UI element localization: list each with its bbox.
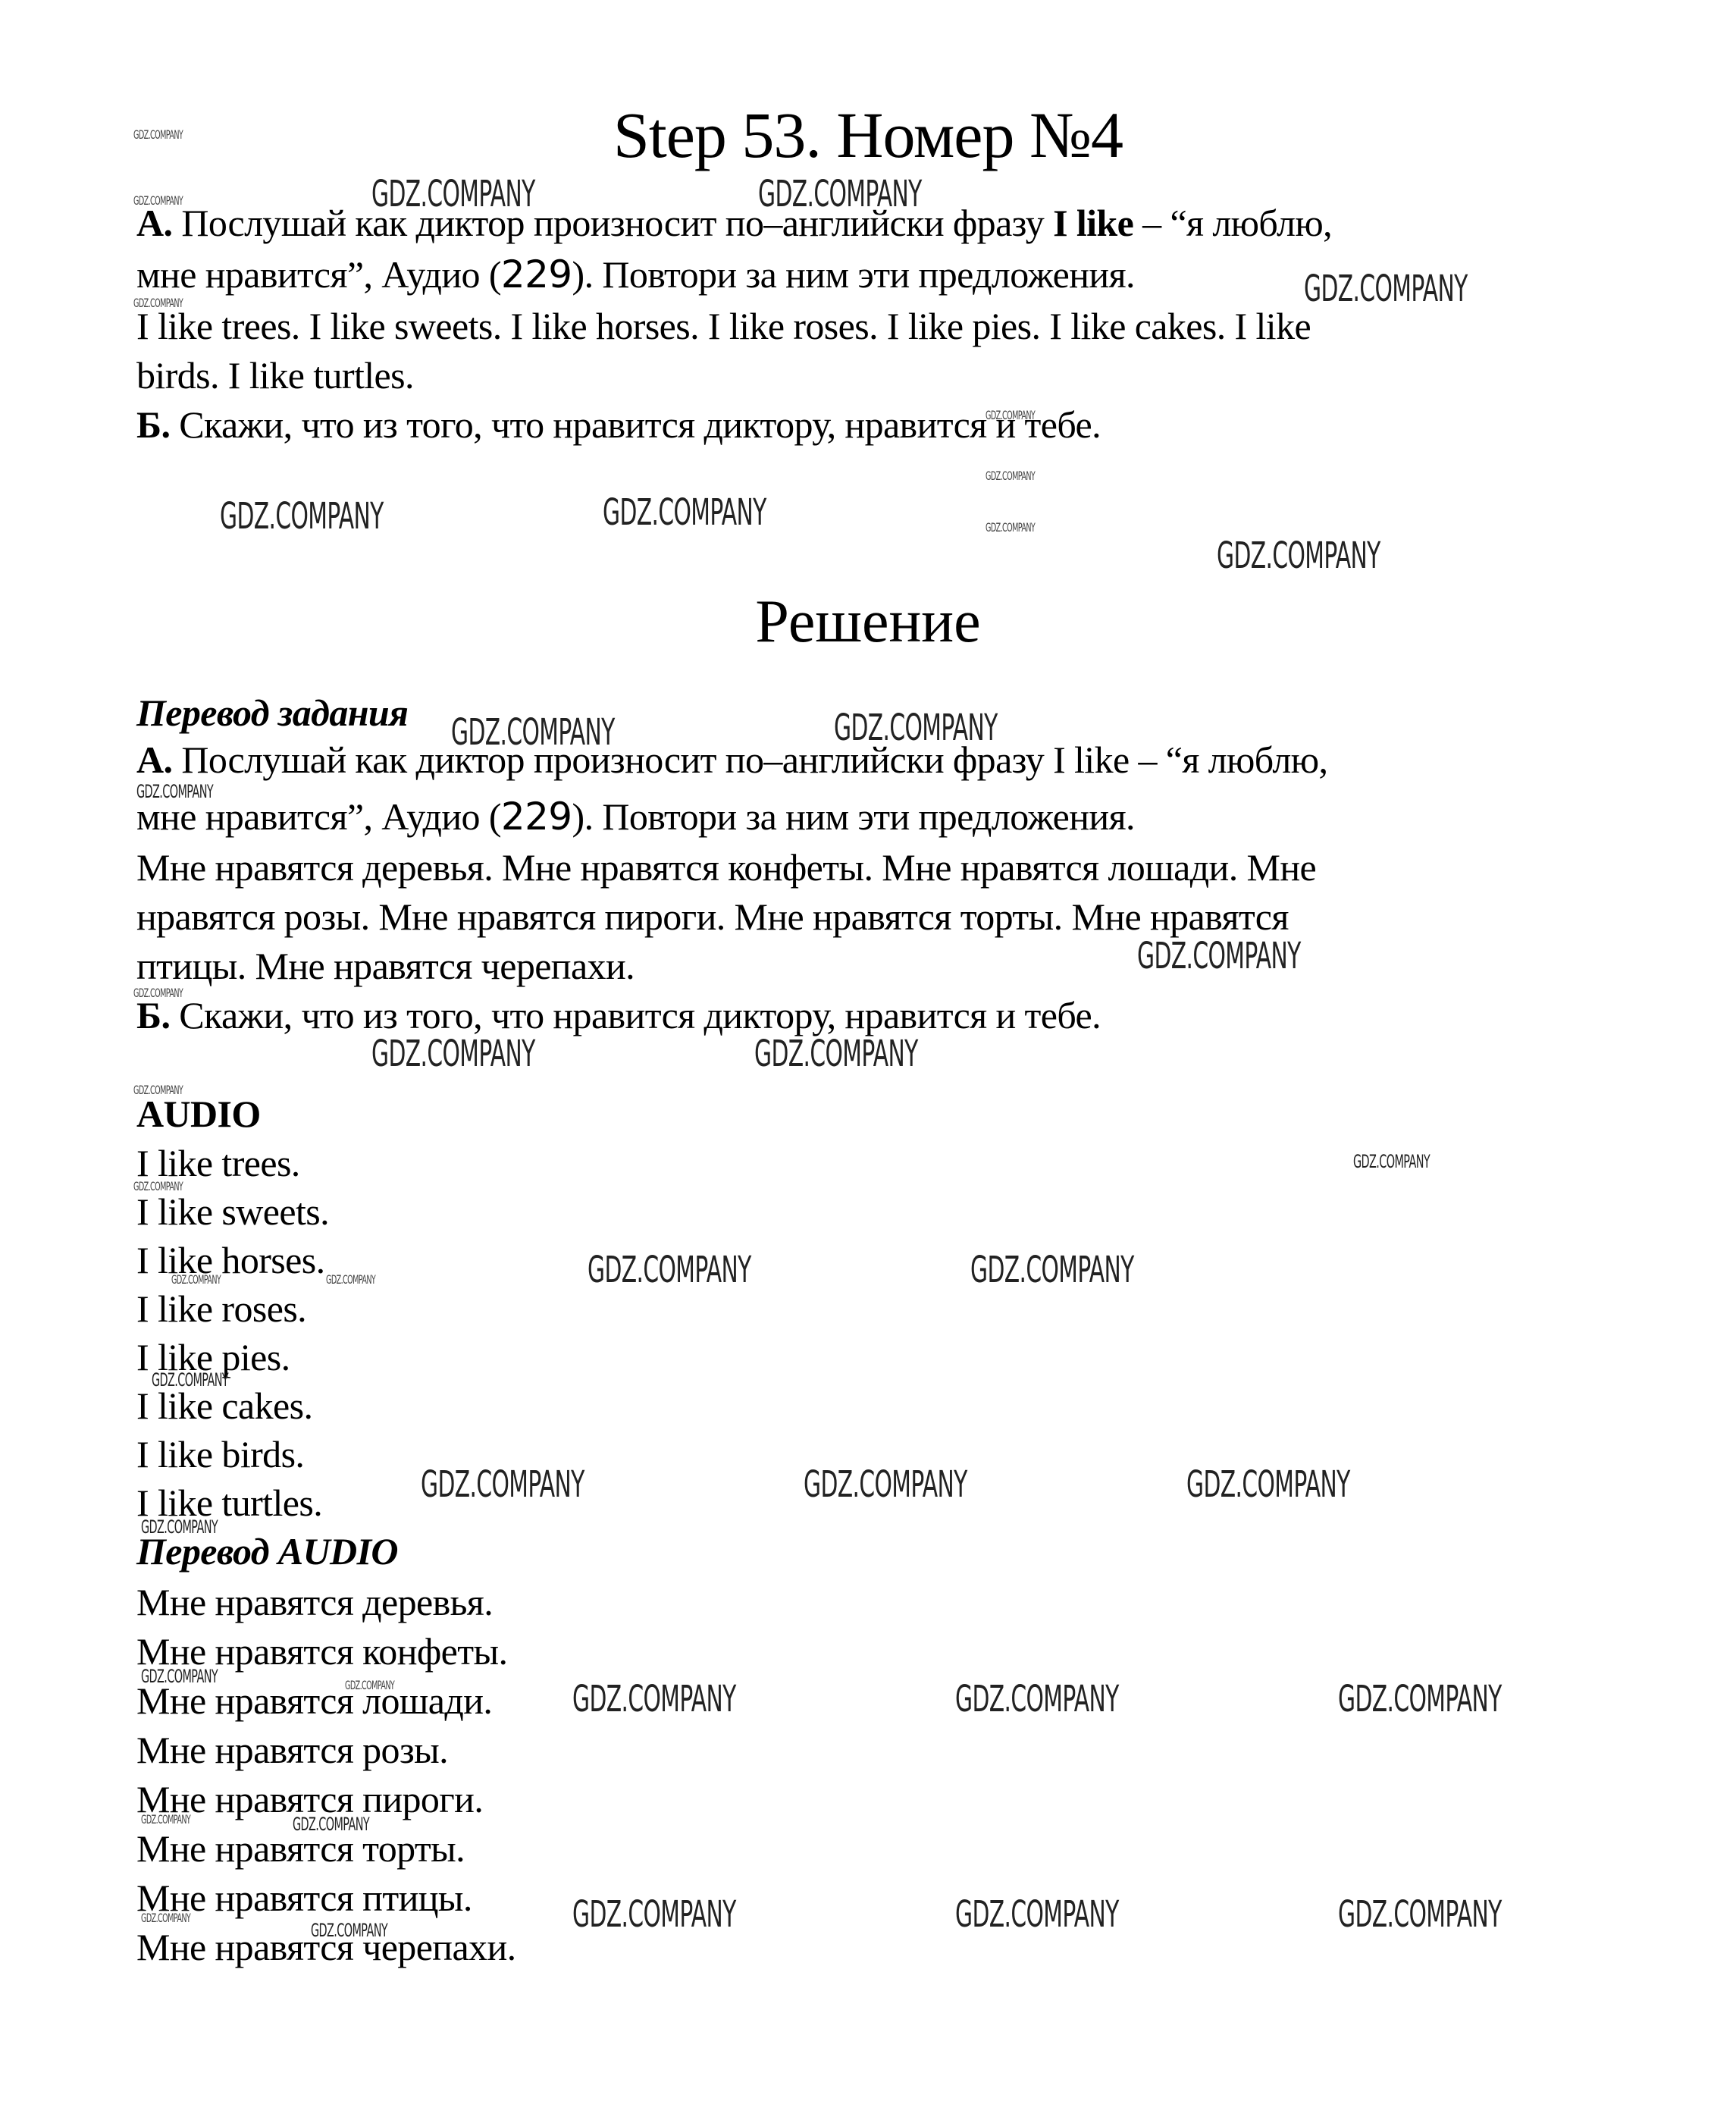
audio-line: I like horses. — [136, 1236, 325, 1284]
watermark: GDZ.COMPANY — [1186, 1463, 1350, 1506]
watermark: GDZ.COMPANY — [133, 127, 183, 142]
watermark: GDZ.COMPANY — [758, 173, 922, 215]
solution-b-text: Скажи, что из того, что нравится диктору… — [179, 994, 1101, 1036]
watermark: GDZ.COMPANY — [1338, 1893, 1502, 1936]
watermark: GDZ.COMPANY — [1217, 535, 1380, 577]
watermark: GDZ.COMPANY — [572, 1893, 736, 1936]
watermark: GDZ.COMPANY — [451, 711, 615, 754]
watermark: GDZ.COMPANY — [133, 1083, 183, 1097]
watermark: GDZ.COMPANY — [421, 1463, 584, 1506]
watermark: GDZ.COMPANY — [345, 1678, 394, 1692]
watermark: GDZ.COMPANY — [141, 1516, 218, 1538]
task-b-label: Б. — [136, 403, 170, 446]
watermark: GDZ.COMPANY — [133, 296, 183, 310]
task-b-text: Скажи, что из того, что нравится диктору… — [179, 403, 1101, 446]
task-sentences-line2: birds. I like turtles. — [136, 351, 414, 400]
watermark: GDZ.COMPANY — [1338, 1678, 1502, 1720]
task-a-line1: А. Послушай как диктор произносит по–анг… — [136, 199, 1332, 247]
audio-line: I like sweets. — [136, 1187, 329, 1236]
watermark: GDZ.COMPANY — [1137, 935, 1301, 977]
solution-a-text: Послушай как диктор произносит по–англий… — [181, 738, 1327, 781]
watermark: GDZ.COMPANY — [754, 1033, 918, 1075]
solution-b-line: Б. Скажи, что из того, что нравится дикт… — [136, 991, 1101, 1039]
watermark: GDZ.COMPANY — [970, 1249, 1134, 1291]
watermark: GDZ.COMPANY — [371, 1033, 535, 1075]
watermark: GDZ.COMPANY — [955, 1678, 1119, 1720]
watermark: GDZ.COMPANY — [986, 469, 1035, 483]
watermark: GDZ.COMPANY — [133, 1179, 183, 1193]
solution-audio-number: 229 — [501, 795, 572, 839]
watermark: GDZ.COMPANY — [171, 1272, 221, 1287]
audio-number: 229 — [501, 252, 572, 296]
translation-line1: Мне нравятся деревья. Мне нравятся конфе… — [136, 843, 1316, 892]
watermark: GDZ.COMPANY — [986, 520, 1035, 535]
translation-line2: нравятся розы. Мне нравятся пироги. Мне … — [136, 892, 1289, 941]
solution-a-label: А. — [136, 738, 172, 781]
watermark: GDZ.COMPANY — [141, 1812, 190, 1827]
document-page: Step 53. Номер №4 А. Послушай как диктор… — [0, 0, 1736, 2126]
audio-line: I like roses. — [136, 1284, 306, 1333]
task-a-label: А. — [136, 202, 172, 244]
watermark: GDZ.COMPANY — [220, 495, 384, 538]
watermark: GDZ.COMPANY — [834, 707, 998, 749]
audio-translation-line: Мне нравятся розы. — [136, 1726, 448, 1774]
watermark: GDZ.COMPANY — [152, 1369, 228, 1391]
watermark: GDZ.COMPANY — [588, 1249, 751, 1291]
task-a-line2: мне нравится”, Аудио (229). Повтори за н… — [136, 250, 1135, 299]
watermark: GDZ.COMPANY — [141, 1911, 190, 1925]
task-sentences-line1: I like trees. I like sweets. I like hors… — [136, 302, 1311, 350]
task-a-line2-post: ). Повтори за ним эти предложения. — [572, 253, 1135, 296]
watermark: GDZ.COMPANY — [572, 1678, 736, 1720]
audio-translation-line: Мне нравятся деревья. — [136, 1578, 493, 1626]
watermark: GDZ.COMPANY — [986, 408, 1035, 422]
audio-line: I like birds. — [136, 1430, 304, 1478]
task-a-line2-pre: мне нравится”, Аудио ( — [136, 253, 501, 296]
watermark: GDZ.COMPANY — [1353, 1151, 1430, 1172]
solution-a-line1: А. Послушай как диктор произносит по–анг… — [136, 735, 1327, 784]
watermark: GDZ.COMPANY — [136, 781, 213, 802]
watermark: GDZ.COMPANY — [603, 491, 766, 534]
translation-heading: Перевод задания — [136, 688, 408, 737]
task-a-phrase: I like — [1053, 202, 1133, 244]
watermark: GDZ.COMPANY — [133, 193, 183, 208]
watermark: GDZ.COMPANY — [955, 1893, 1119, 1936]
task-b-line: Б. Скажи, что из того, что нравится дикт… — [136, 400, 1101, 449]
watermark: GDZ.COMPANY — [1304, 268, 1468, 310]
solution-heading: Решение — [0, 588, 1736, 656]
watermark: GDZ.COMPANY — [293, 1814, 369, 1835]
watermark: GDZ.COMPANY — [371, 173, 535, 215]
watermark: GDZ.COMPANY — [804, 1463, 967, 1506]
task-a-text-end: – “я люблю, — [1142, 202, 1332, 244]
solution-a-line2: мне нравится”, Аудио (229). Повтори за н… — [136, 792, 1135, 841]
page-title: Step 53. Номер №4 — [0, 97, 1736, 173]
watermark: GDZ.COMPANY — [311, 1920, 387, 1941]
solution-b-label: Б. — [136, 994, 170, 1036]
translation-line3: птицы. Мне нравятся черепахи. — [136, 942, 635, 990]
watermark: GDZ.COMPANY — [326, 1272, 375, 1287]
watermark: GDZ.COMPANY — [141, 1666, 218, 1687]
watermark: GDZ.COMPANY — [133, 986, 183, 1000]
solution-a-line2-post: ). Повтори за ним эти предложения. — [572, 795, 1135, 838]
